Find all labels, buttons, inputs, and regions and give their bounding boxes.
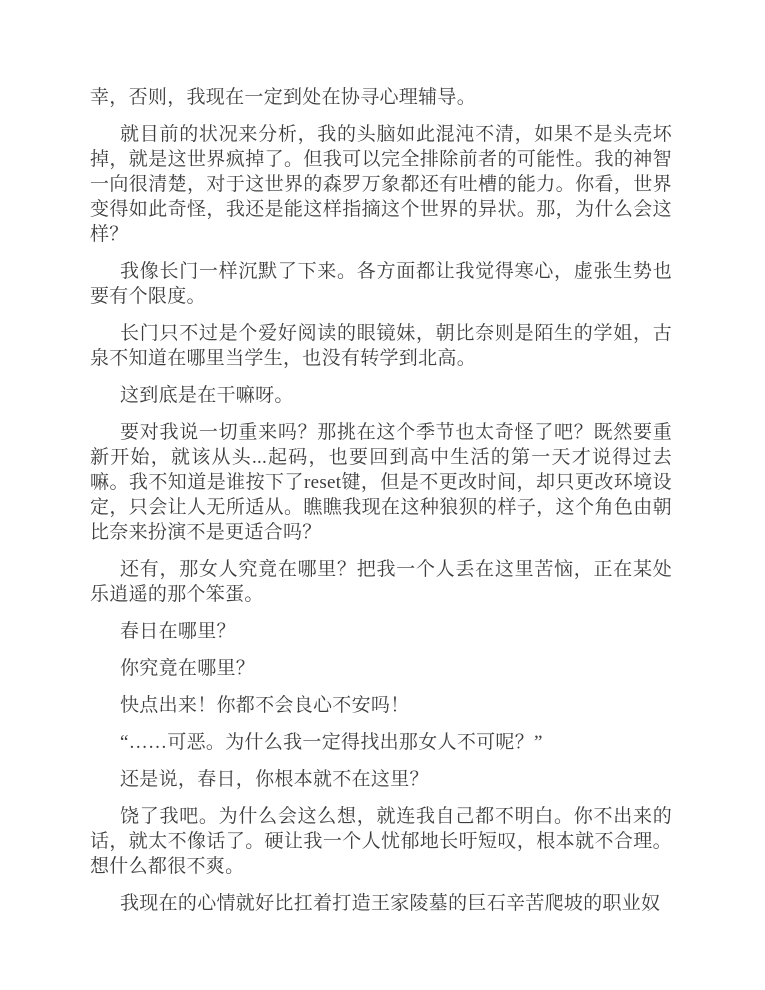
paragraph: 还有，那女人究竟在哪里？把我一个人丢在这里苦恼，正在某处乐逍遥的那个笨蛋。 [90, 557, 672, 607]
paragraph: 我现在的心情就好比扛着打造王家陵墓的巨石辛苦爬坡的职业奴 [90, 891, 672, 916]
paragraph: 春日在哪里？ [90, 619, 672, 644]
paragraph: 就目前的状况来分析，我的头脑如此混沌不清，如果不是头壳坏掉，就是这世界疯掉了。但… [90, 122, 672, 247]
document-page: 幸，否则，我现在一定到处在协寻心理辅导。就目前的状况来分析，我的头脑如此混沌不清… [0, 0, 765, 990]
paragraph: “……可恶。为什么我一定得找出那女人不可呢？” [90, 730, 672, 755]
paragraph: 我像长门一样沉默了下来。各方面都让我觉得寒心，虚张生势也要有个限度。 [90, 259, 672, 309]
paragraph: 还是说，春日，你根本就不在这里？ [90, 767, 672, 792]
paragraph-container: 幸，否则，我现在一定到处在协寻心理辅导。就目前的状况来分析，我的头脑如此混沌不清… [90, 85, 672, 916]
paragraph: 长门只不过是个爱好阅读的眼镜妹，朝比奈则是陌生的学姐，古泉不知道在哪里当学生，也… [90, 321, 672, 371]
paragraph: 饶了我吧。为什么会这么想，就连我自己都不明白。你不出来的话，就太不像话了。硬让我… [90, 804, 672, 879]
paragraph: 幸，否则，我现在一定到处在协寻心理辅导。 [90, 85, 672, 110]
paragraph: 这到底是在干嘛呀。 [90, 383, 672, 408]
paragraph: 你究竟在哪里？ [90, 656, 672, 681]
paragraph: 要对我说一切重来吗？那挑在这个季节也太奇怪了吧？既然要重新开始，就该从头...起… [90, 420, 672, 545]
paragraph: 快点出来！你都不会良心不安吗！ [90, 693, 672, 718]
